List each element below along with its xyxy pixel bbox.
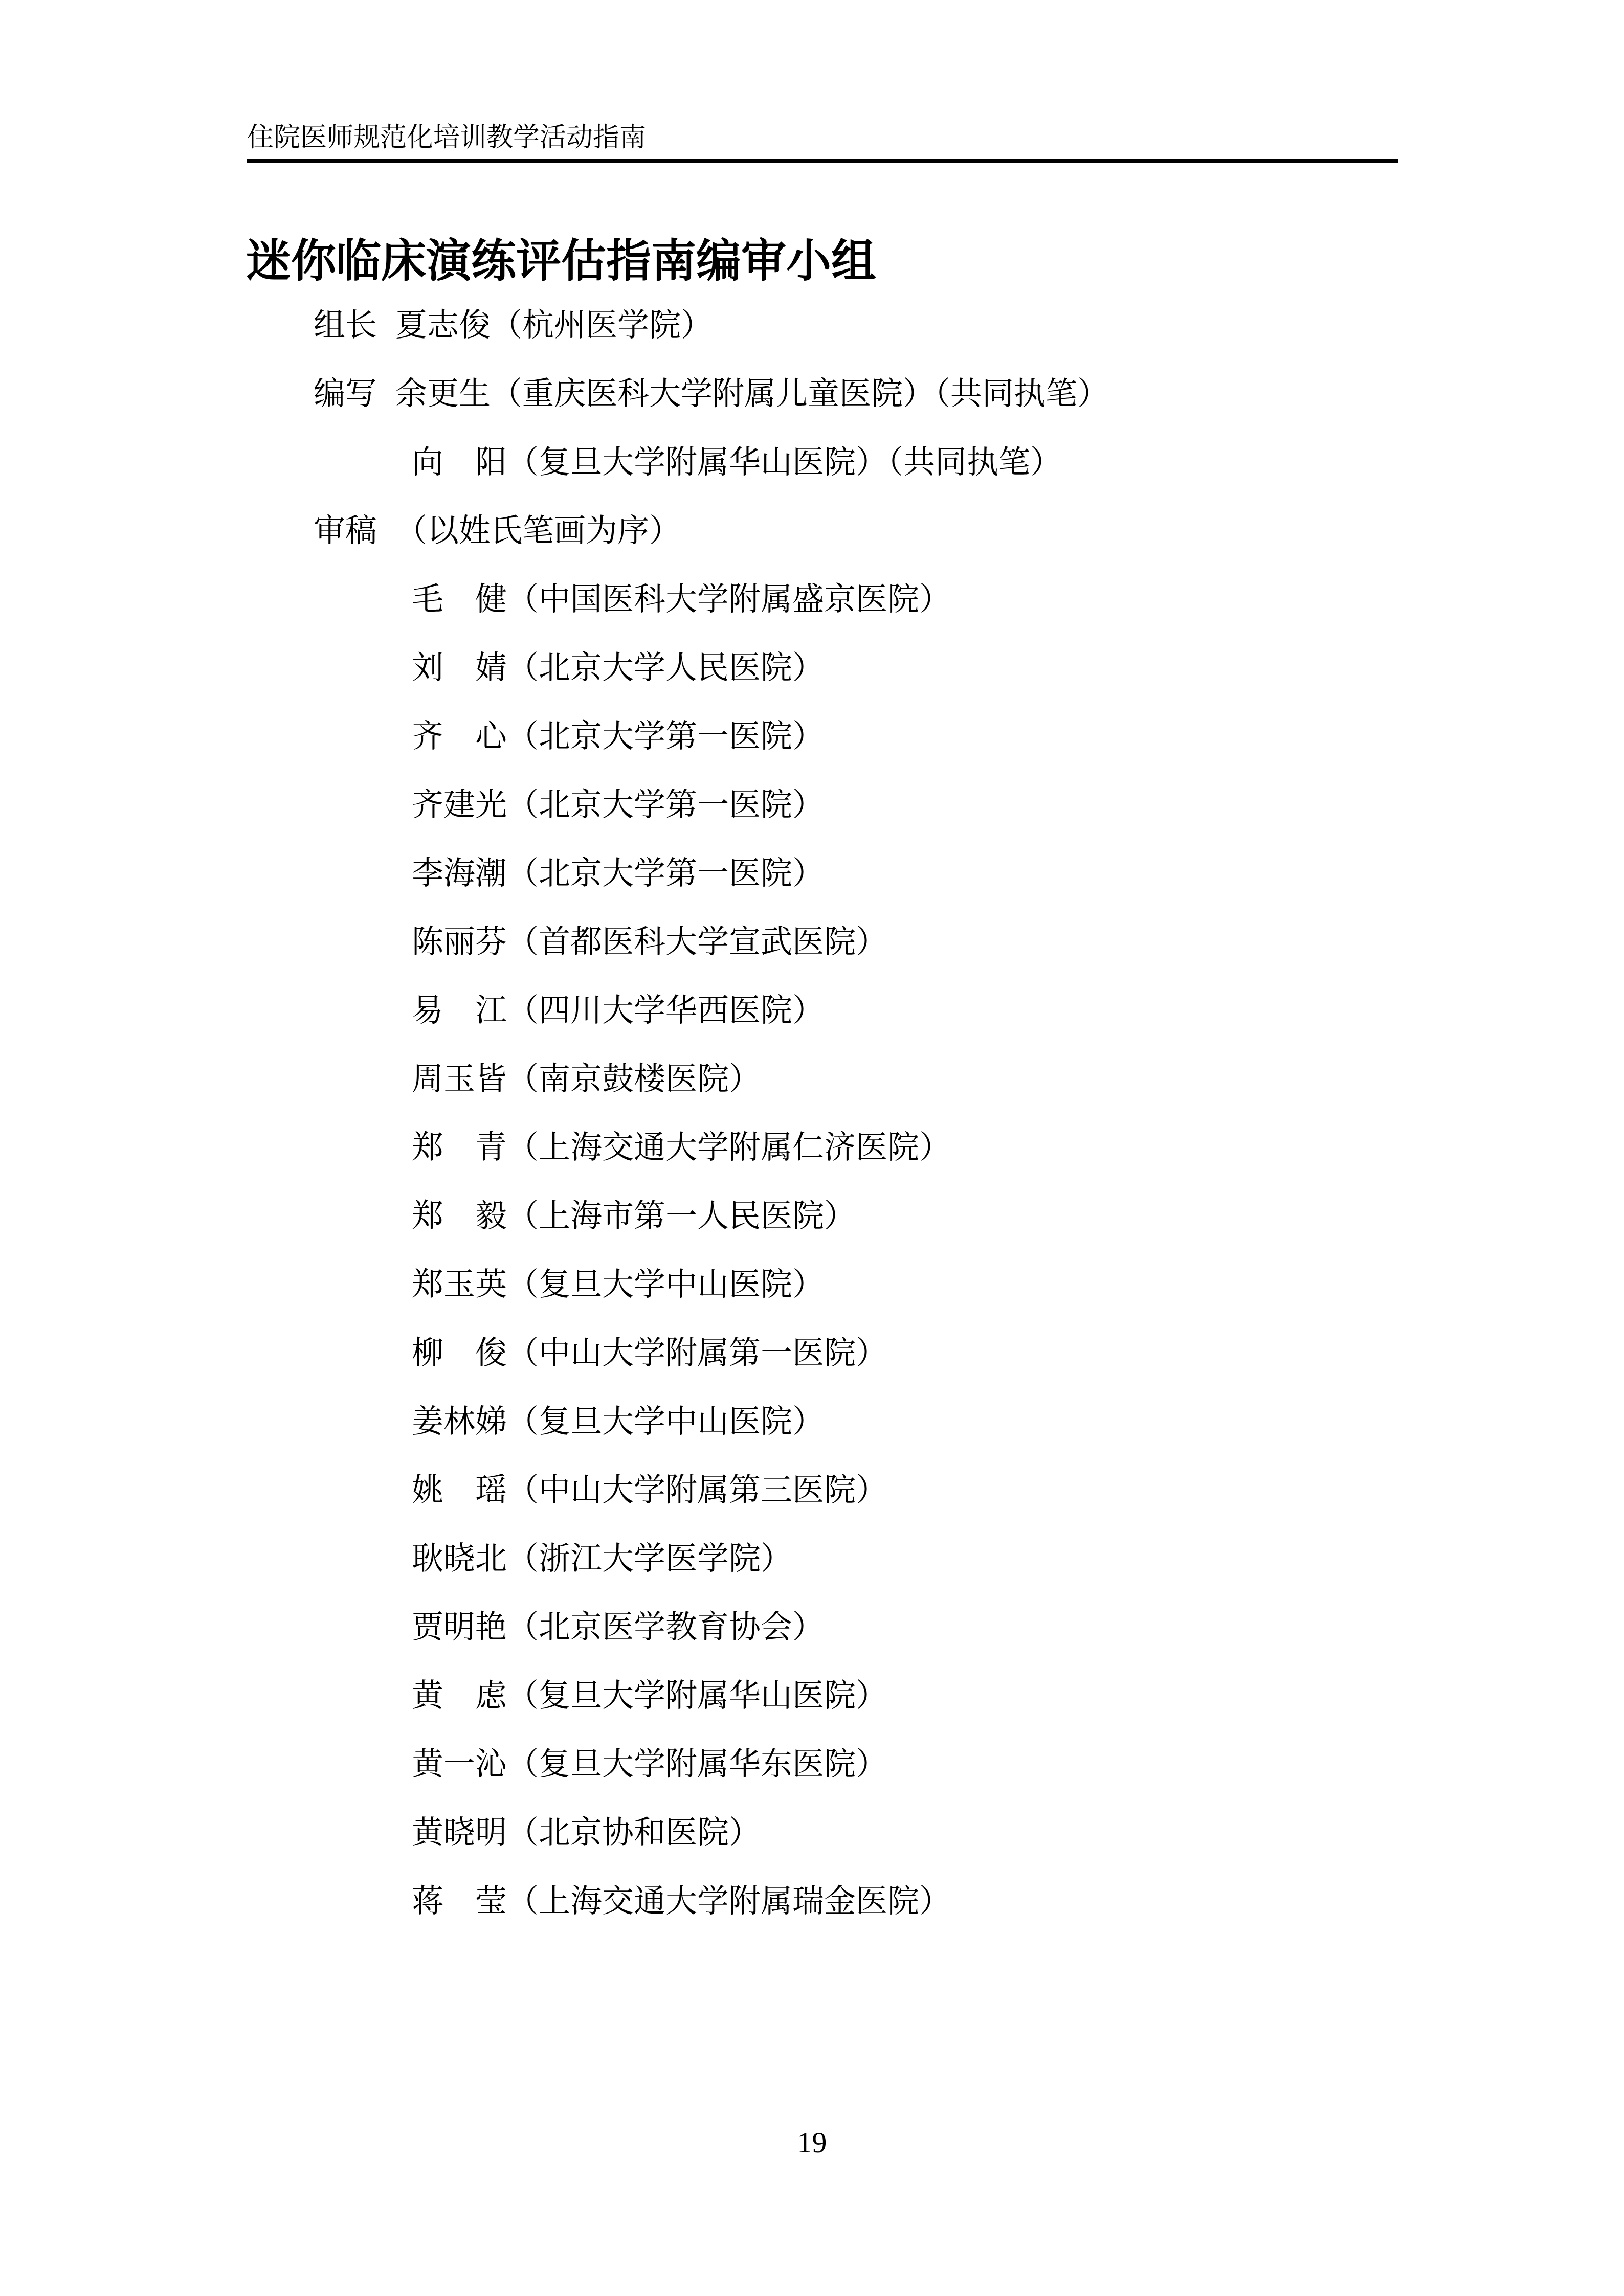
roster-entry-text: 柳 俊（中山大学附属第一医院） — [412, 1336, 887, 1371]
roster-entry-text: 黄 虑（复旦大学附属华山医院） — [412, 1679, 887, 1714]
roster-row-reviewer: 黄一沁（复旦大学附属华东医院） — [314, 1730, 1109, 1799]
roster-sort-note: （以姓氏笔画为序） — [395, 514, 681, 549]
roster-entry-text: 刘 婧（北京大学人民医院） — [412, 651, 824, 686]
roster-row-reviewer: 郑 毅（上海市第一人民医院） — [314, 1182, 1109, 1251]
header-rule — [247, 159, 1398, 163]
roster-entry-text: 姜林娣（复旦大学中山医院） — [412, 1405, 824, 1439]
roster-entry-text: 姚 瑶（中山大学附属第三医院） — [412, 1473, 887, 1508]
roster-entry-text: 郑 毅（上海市第一人民医院） — [412, 1199, 856, 1234]
running-header-title: 住院医师规范化培训教学活动指南 — [247, 123, 646, 153]
roster-row-reviewer: 齐 心（北京大学第一医院） — [314, 703, 1109, 771]
roster-row-writer: 向 阳（复旦大学附属华山医院）（共同执笔） — [314, 429, 1109, 497]
roster-row-reviewer: 李海潮（北京大学第一医院） — [314, 840, 1109, 908]
roster-row-reviewer: 柳 俊（中山大学附属第一医院） — [314, 1319, 1109, 1388]
roster-entry-text: 蒋 莹（上海交通大学附属瑞金医院） — [412, 1884, 951, 1919]
page-title: 迷你临床演练评估指南编审小组 — [246, 237, 876, 286]
roster-entry-text: 周玉皆（南京鼓楼医院） — [412, 1062, 761, 1097]
roster-row-reviewer: 毛 健（中国医科大学附属盛京医院） — [314, 566, 1109, 634]
roster-entry-text: 向 阳（复旦大学附属华山医院）（共同执笔） — [412, 445, 1062, 480]
roster-entry-text: 郑玉英（复旦大学中山医院） — [412, 1268, 824, 1302]
roster-row-reviewer: 周玉皆（南京鼓楼医院） — [314, 1045, 1109, 1114]
roster-entry-text: 毛 健（中国医科大学附属盛京医院） — [412, 582, 951, 617]
roster-entry-text: 郑 青（上海交通大学附属仁济医院） — [412, 1131, 951, 1165]
roster-row-reviewer: 姚 瑶（中山大学附属第三医院） — [314, 1456, 1109, 1525]
roster-role-label: 审稿 — [314, 497, 395, 566]
roster-row-reviewer: 刘 婧（北京大学人民医院） — [314, 634, 1109, 703]
editorial-roster: 组长夏志俊（杭州医学院） 编写余更生（重庆医科大学附属儿童医院）（共同执笔） 向… — [314, 291, 1109, 1936]
roster-row-reviewer: 耿晓北（浙江大学医学院） — [314, 1525, 1109, 1593]
roster-entry-text: 余更生（重庆医科大学附属儿童医院）（共同执笔） — [395, 377, 1109, 412]
roster-entry-text: 夏志俊（杭州医学院） — [395, 308, 713, 343]
roster-entry-text: 贾明艳（北京医学教育协会） — [412, 1610, 824, 1645]
roster-entry-text: 齐建光（北京大学第一医院） — [412, 788, 824, 823]
document-page: 住院医师规范化培训教学活动指南 迷你临床演练评估指南编审小组 组长夏志俊（杭州医… — [0, 0, 1624, 2296]
roster-role-label: 组长 — [314, 291, 395, 360]
roster-row-leader: 组长夏志俊（杭州医学院） — [314, 291, 1109, 360]
roster-row-reviewer: 黄晓明（北京协和医院） — [314, 1799, 1109, 1867]
roster-row-writer: 编写余更生（重庆医科大学附属儿童医院）（共同执笔） — [314, 360, 1109, 429]
roster-row-reviewer: 蒋 莹（上海交通大学附属瑞金医院） — [314, 1867, 1109, 1936]
roster-entry-text: 陈丽芬（首都医科大学宣武医院） — [412, 925, 887, 960]
roster-role-label: 编写 — [314, 360, 395, 429]
roster-row-reviewer: 贾明艳（北京医学教育协会） — [314, 1593, 1109, 1662]
roster-entry-text: 黄一沁（复旦大学附属华东医院） — [412, 1747, 887, 1782]
roster-row-reviewer: 郑玉英（复旦大学中山医院） — [314, 1251, 1109, 1319]
roster-row-reviewer: 郑 青（上海交通大学附属仁济医院） — [314, 1114, 1109, 1182]
roster-row-reviewer: 姜林娣（复旦大学中山医院） — [314, 1388, 1109, 1456]
page-number: 19 — [0, 2126, 1624, 2159]
roster-entry-text: 易 江（四川大学华西医院） — [412, 994, 824, 1028]
roster-row-reviewer-heading: 审稿（以姓氏笔画为序） — [314, 497, 1109, 566]
roster-entry-text: 李海潮（北京大学第一医院） — [412, 857, 824, 891]
roster-row-reviewer: 陈丽芬（首都医科大学宣武医院） — [314, 908, 1109, 977]
roster-row-reviewer: 黄 虑（复旦大学附属华山医院） — [314, 1662, 1109, 1730]
roster-row-reviewer: 齐建光（北京大学第一医院） — [314, 771, 1109, 840]
roster-entry-text: 黄晓明（北京协和医院） — [412, 1816, 761, 1851]
roster-entry-text: 耿晓北（浙江大学医学院） — [412, 1542, 792, 1577]
roster-entry-text: 齐 心（北京大学第一医院） — [412, 719, 824, 754]
roster-row-reviewer: 易 江（四川大学华西医院） — [314, 977, 1109, 1045]
